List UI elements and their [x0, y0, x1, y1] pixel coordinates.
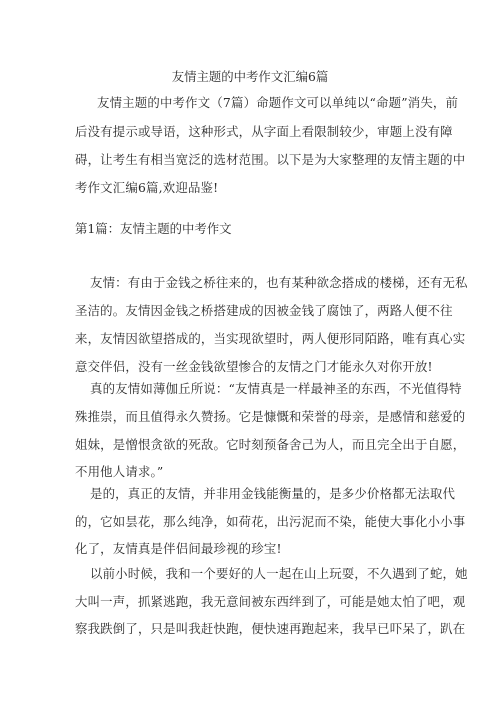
section-heading: 第1篇：友情主题的中考作文: [75, 221, 232, 237]
intro-line: 后没有提示或导语，这种形式，从字面上看限制较少，审题上没有障: [75, 124, 427, 140]
paragraph-line: 大叫一声，抓紧逃跑，我无意间被东西绊到了，可能是她太怕了吧，观: [75, 594, 427, 610]
paragraph-line: 不用他人请求。”: [75, 464, 427, 480]
document-page: 友情主题的中考作文汇编6篇 友情主题的中考作文（7篇）命题作文可以单纯以“命题”…: [0, 0, 500, 707]
paragraph-line: 化了，友情真是伴侣间最珍视的珍宝!: [75, 541, 427, 557]
paragraph-line: 圣洁的。友情因金钱之桥搭建成的因被金钱了腐蚀了，两路人便不往: [75, 303, 427, 319]
paragraph-line: 来，友情因欲望搭成的，当实现欲望时，两人便形同陌路，唯有真心实: [75, 331, 427, 347]
paragraph-line: 姐妹，是憎恨贪欲的死敌。它时刻预备舍己为人，而且完全出于自愿，: [75, 437, 427, 453]
paragraph-line: 察我跌倒了，只是叫我赶快跑，便快速再跑起来，我早已吓呆了，趴在: [75, 621, 427, 637]
paragraph-line: 意交伴侣，没有一丝金钱欲望惨合的友情之门才能永久对你开放!: [75, 359, 427, 375]
intro-line: 碍，让考生有相当宽泛的选材范围。以下是为大家整理的友情主题的中: [75, 152, 427, 168]
paragraph-line: 以前小时候，我和一个要好的人一起在山上玩耍，不久遇到了蛇，她: [90, 566, 427, 582]
paragraph-line: 真的友情如薄伽丘所说：“友情真是一样最神圣的东西，不光值得特: [90, 381, 427, 397]
intro-line: 考作文汇编6篇,欢迎品鉴!: [75, 180, 427, 196]
paragraph-line: 友情：有由于金钱之桥往来的，也有某种欲念搭成的楼梯，还有无私: [90, 275, 427, 291]
intro-line: 友情主题的中考作文（7篇）命题作文可以单纯以“命题”消失，前: [97, 95, 427, 111]
paragraph-line: 殊推崇，而且值得永久赞扬。它是慷慨和荣誉的母亲，是感情和慈爱的: [75, 409, 427, 425]
document-title: 友情主题的中考作文汇编6篇: [0, 69, 500, 85]
paragraph-line: 的，它如昙花，那么纯净，如荷花，出污泥而不染，能使大事化小小事: [75, 514, 427, 530]
paragraph-line: 是的，真正的友情，并非用金钱能衡量的，是多少价格都无法取代: [90, 486, 427, 502]
